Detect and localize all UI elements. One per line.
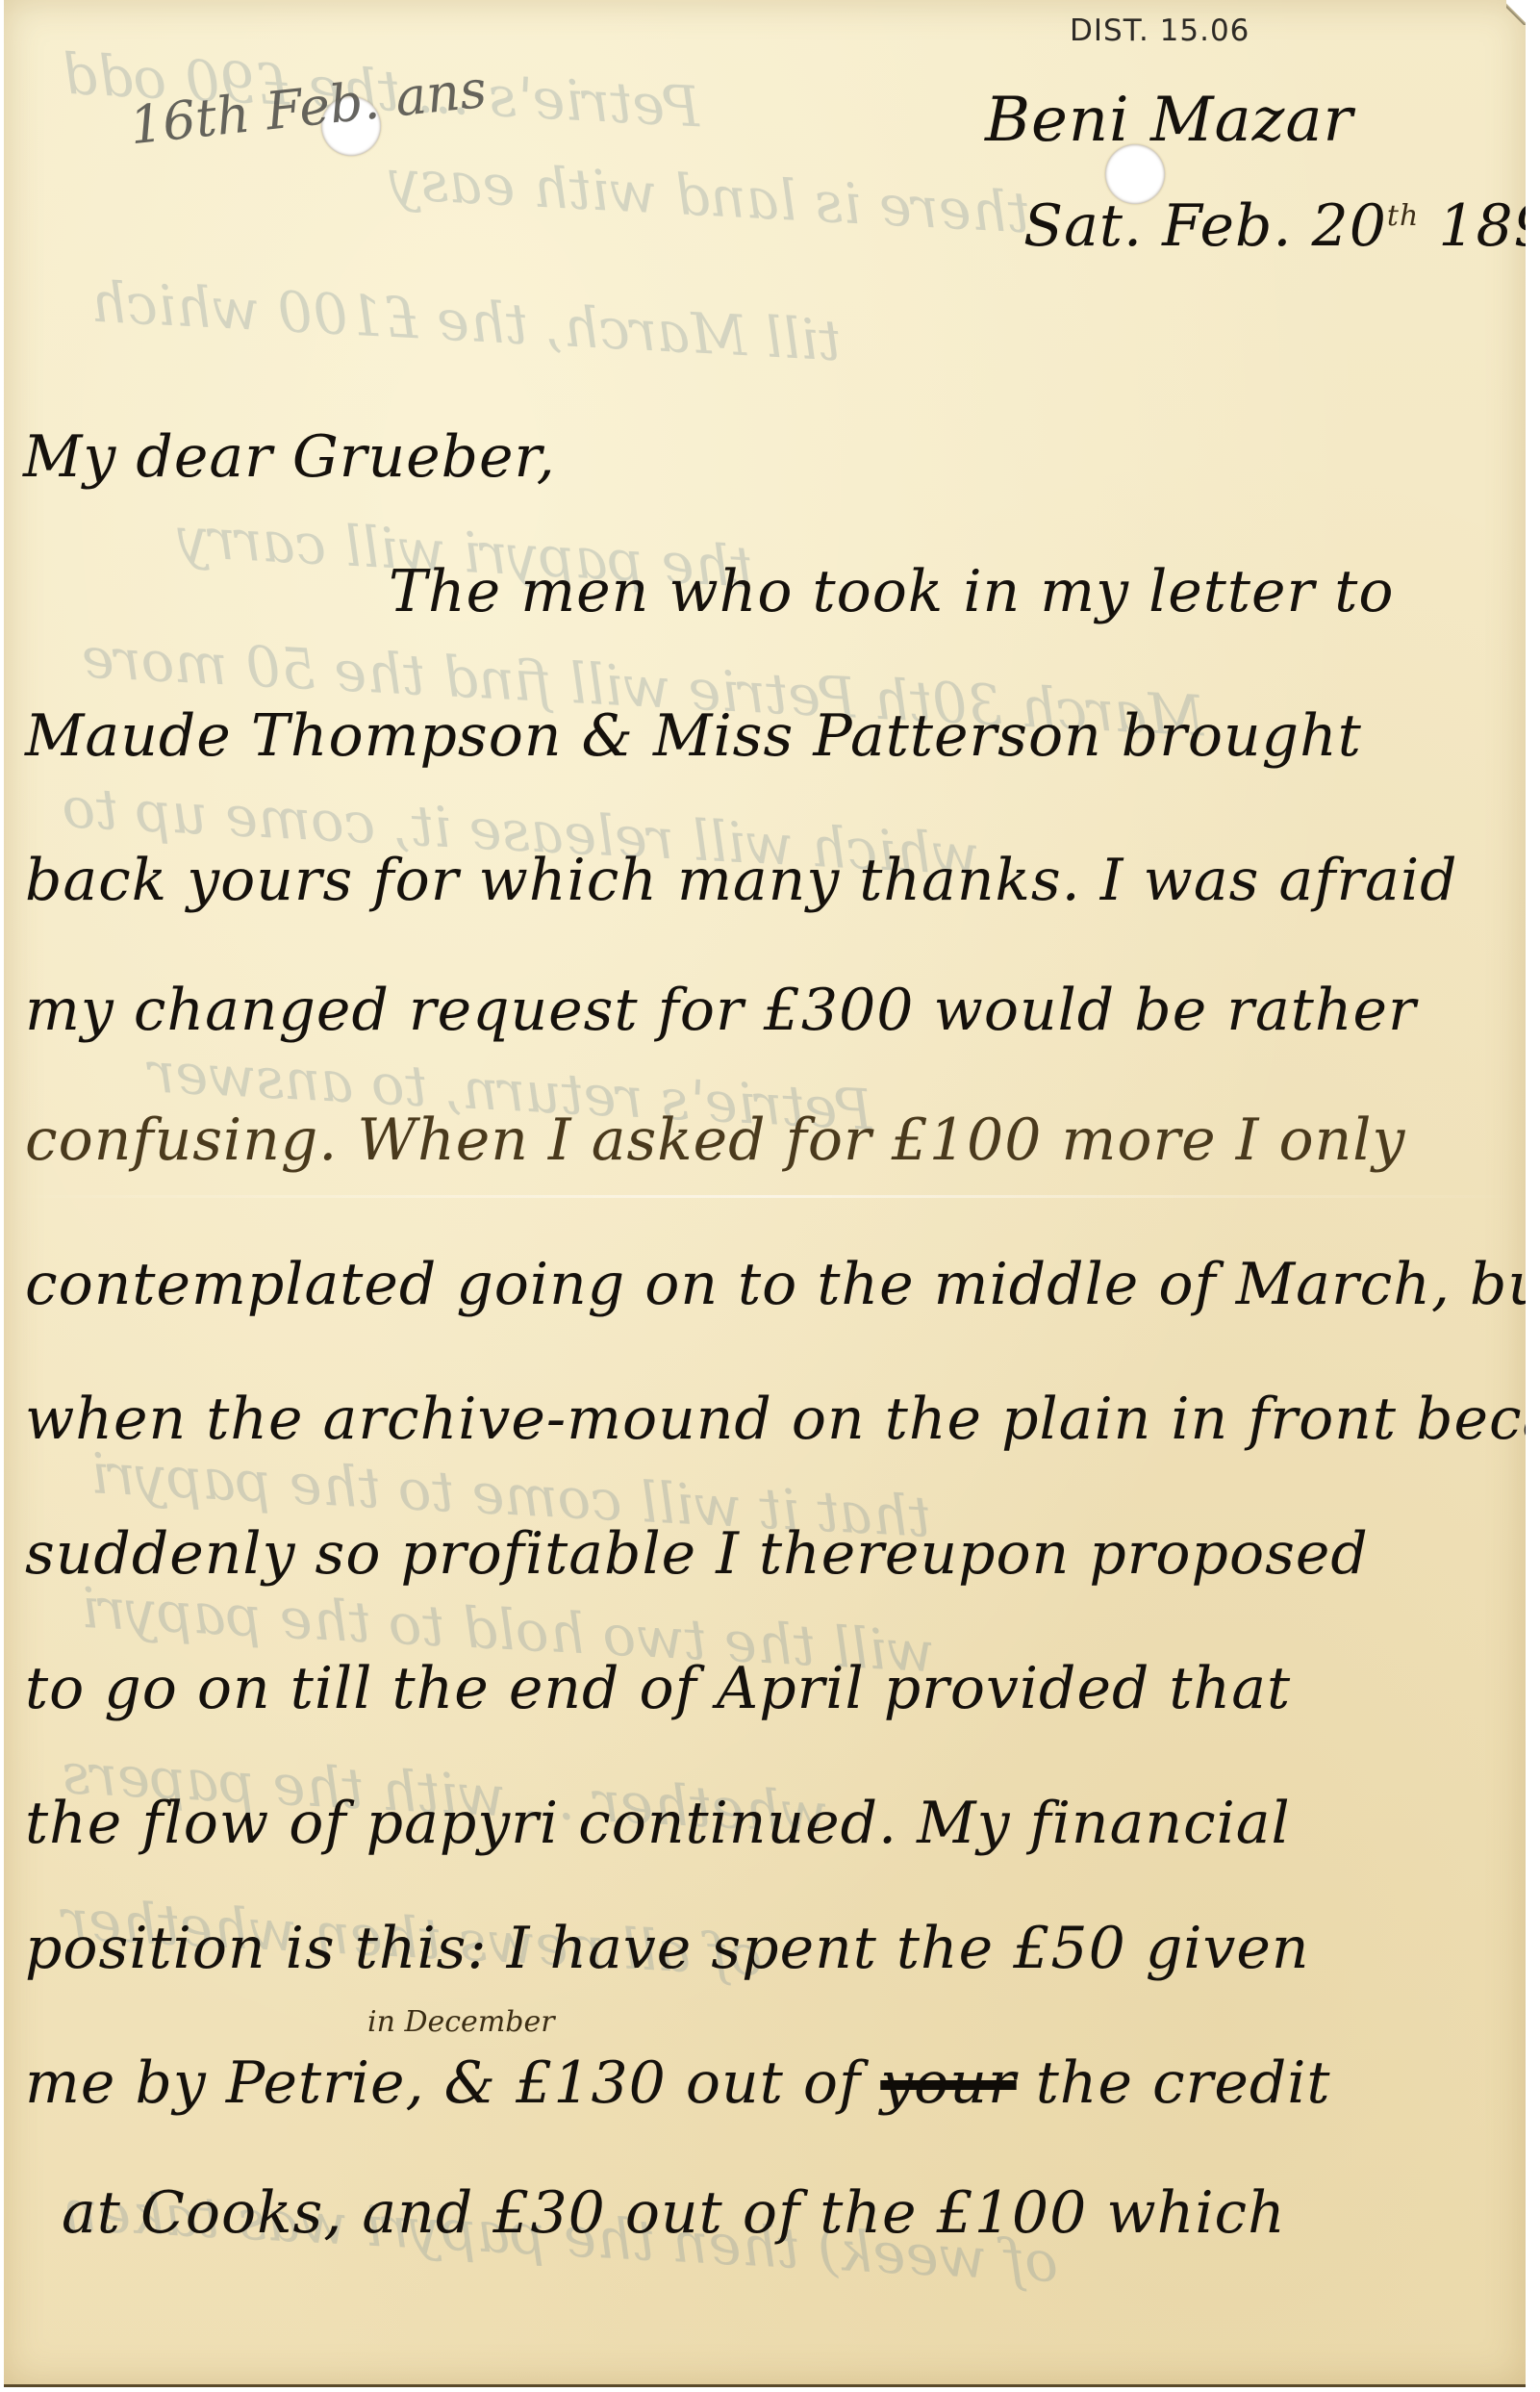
line-12-start: me by Petrie, (25, 2049, 425, 2117)
letter-line-5: confusing. When I asked for £100 more I … (25, 1107, 1405, 1174)
folded-corner (1506, 0, 1526, 25)
letter-line-10: the flow of papyri continued. My financi… (25, 1790, 1291, 1857)
fold-crease (4, 1195, 1526, 1198)
letter-line-7: when the archive-mound on the plain in f… (25, 1386, 1540, 1453)
date-suffix: th (1387, 199, 1419, 233)
bleed-through-text: there is land with easy (388, 147, 1032, 246)
interlinear-insertion: in December (367, 2005, 555, 2039)
letter-line-1: The men who took in my letter to (389, 558, 1395, 625)
scan-background-edge (1526, 0, 1540, 2392)
letter-place: Beni Mazar (985, 85, 1353, 156)
letter-line-11: position is this: I have spent the £50 g… (25, 1915, 1310, 1982)
date-prefix: Sat. Feb. 20 (1023, 192, 1387, 260)
pencil-annotation: 16th Feb. ans (127, 59, 490, 157)
letter-line-6: contemplated going on to the middle of M… (25, 1251, 1540, 1318)
letter-line-9: to go on till the end of April provided … (25, 1655, 1291, 1722)
letter-page: Petrie's ... the £90 odd there is land w… (4, 0, 1527, 2387)
bleed-through-text: till March, the £100 which (89, 269, 843, 374)
line-12-end: the credit (1017, 2049, 1331, 2117)
letter-line-8: suddenly so profitable I thereupon propo… (25, 1520, 1369, 1588)
struck-out-word: your (880, 2049, 1016, 2117)
letter-line-2: Maude Thompson & Miss Patterson brought (25, 702, 1362, 770)
letter-greeting: My dear Grueber, (23, 423, 556, 491)
letter-date: Sat. Feb. 20th 1897 (1023, 192, 1540, 260)
archive-reference: DIST. 15.06 (1070, 13, 1250, 48)
letter-line-12: me by Petrie, & £130 out of your the cre… (25, 2049, 1331, 2117)
letter-line-4: my changed request for £300 would be rat… (25, 977, 1417, 1044)
letter-line-13: at Cooks, and £30 out of the £100 which (62, 2179, 1286, 2247)
letter-line-3: back yours for which many thanks. I was … (25, 847, 1458, 914)
line-12-middle: & £130 out of (425, 2049, 881, 2117)
